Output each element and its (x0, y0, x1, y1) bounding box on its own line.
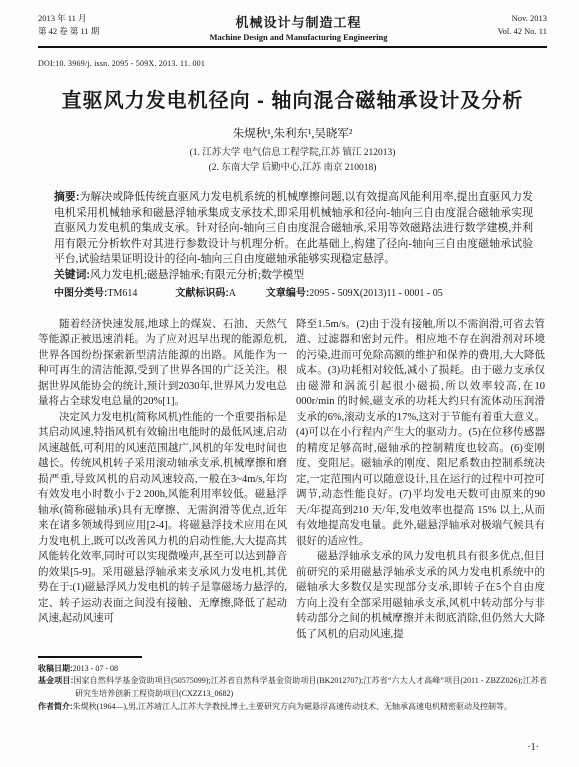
journal-header: 2013 年 11 月 第 42 卷 第 11 期 机械设计与制造工程 Mach… (38, 12, 547, 43)
abstract-label: 摘要: (54, 191, 79, 203)
journal-name-en: Machine Design and Manufacturing Enginee… (99, 31, 497, 43)
doc-code-value: A (229, 288, 236, 299)
author-bio-line: 作者简介:朱熀秋(1964—),男,江苏靖江人,江苏大学教授,博士,主要研究方向… (38, 701, 547, 714)
journal-date-en: Nov. 2013 (498, 12, 547, 25)
right-column: 降至1.5m/s。(2)由于没有接触,所以不需润滑,可省去管道、过滤器和密封元件… (296, 317, 545, 650)
article-no-pair: 文章编号:2095 - 509X(2013)11 - 0001 - 05 (266, 286, 443, 302)
journal-date-cn: 2013 年 11 月 (38, 12, 99, 25)
journal-header-center: 机械设计与制造工程 Machine Design and Manufacturi… (99, 12, 497, 43)
header-divider (38, 46, 547, 48)
funding-value: 国家自然科学基金资助项目(50575099);江苏省自然科学基金资助项目(BK2… (73, 676, 547, 698)
article-no-value: 2095 - 509X(2013)11 - 0001 - 05 (309, 288, 443, 299)
doc-code-label: 文献标识码: (175, 288, 228, 299)
footnotes: 收稿日期:2013 - 07 - 08 基金项目:国家自然科学基金资助项目(50… (38, 663, 547, 714)
funding-line: 基金项目:国家自然科学基金资助项目(50575099);江苏省自然科学基金资助项… (38, 675, 547, 701)
paper-page: 2013 年 11 月 第 42 卷 第 11 期 机械设计与制造工程 Mach… (0, 0, 579, 767)
received-date-line: 收稿日期:2013 - 07 - 08 (38, 663, 547, 676)
journal-issue-cn: 第 42 卷 第 11 期 (38, 25, 99, 38)
paragraph: 随着经济快速发展,地球上的煤炭、石油、天然气等能源正被迅速消耗。为了应对迟早出现… (38, 317, 287, 410)
paragraph: 磁悬浮轴承支承的风力发电机具有很多优点,但目前研究的采用磁悬浮轴承支承的风力发电… (296, 549, 545, 642)
authors-line: 朱熀秋¹,朱利东¹,吴晓军² (38, 125, 547, 141)
received-value: 2013 - 07 - 08 (73, 664, 118, 673)
page-number: ·1· (527, 742, 539, 753)
clc-pair: 中图分类号:TM614 (54, 286, 137, 302)
paragraph: 决定风力发电机(简称风机)性能的一个重要指标是其启动风速,特指风机有效输出电能时… (38, 410, 287, 627)
keywords-label: 关键词: (54, 269, 90, 281)
footnote-divider (38, 656, 142, 658)
abstract-block: 摘要:为解决或降低传统直驱风力发电机系统的机械摩擦问题,以有效提高风能利用率,提… (54, 190, 533, 268)
paragraph: 降至1.5m/s。(2)由于没有接触,所以不需润滑,可省去管道、过滤器和密封元件… (296, 317, 545, 550)
paper-title: 直驱风力发电机径向 - 轴向混合磁轴承设计及分析 (38, 84, 547, 113)
author-bio-value: 朱熀秋(1964—),男,江苏靖江人,江苏大学教授,博士,主要研究方向为磁悬浮高… (73, 702, 512, 711)
doi-line: DOI:10. 3969/j. issn. 2095 - 509X. 2013.… (38, 59, 547, 68)
clc-label: 中图分类号: (54, 288, 107, 299)
keywords-text: 风力发电机;磁悬浮轴承;有限元分析;数学模型 (90, 269, 304, 281)
journal-name-cn: 机械设计与制造工程 (99, 12, 497, 31)
affiliation-2: (2. 东南大学 后勤中心,江苏 南京 210018) (38, 161, 547, 176)
journal-header-right: Nov. 2013 Vol. 42 No. 11 (498, 12, 547, 38)
journal-header-left: 2013 年 11 月 第 42 卷 第 11 期 (38, 12, 99, 38)
journal-issue-en: Vol. 42 No. 11 (498, 25, 547, 38)
doc-code-pair: 文献标识码:A (175, 286, 236, 302)
article-no-label: 文章编号: (266, 288, 309, 299)
left-column: 随着经济快速发展,地球上的煤炭、石油、天然气等能源正被迅速消耗。为了应对迟早出现… (38, 317, 287, 650)
classification-line: 中图分类号:TM614 文献标识码:A 文章编号:2095 - 509X(201… (54, 286, 533, 302)
affiliations: (1. 江苏大学 电气信息工程学院,江苏 镇江 212013) (2. 东南大学… (38, 146, 547, 176)
clc-value: TM614 (107, 288, 137, 299)
keywords-line: 关键词:风力发电机;磁悬浮轴承;有限元分析;数学模型 (54, 268, 533, 284)
body-columns: 随着经济快速发展,地球上的煤炭、石油、天然气等能源正被迅速消耗。为了应对迟早出现… (38, 317, 547, 650)
affiliation-1: (1. 江苏大学 电气信息工程学院,江苏 镇江 212013) (38, 146, 547, 161)
funding-label: 基金项目: (38, 676, 73, 685)
received-label: 收稿日期: (38, 664, 73, 673)
author-bio-label: 作者简介: (38, 702, 73, 711)
abstract-text: 为解决或降低传统直驱风力发电机系统的机械摩擦问题,以有效提高风能利用率,提出直驱… (54, 191, 533, 265)
